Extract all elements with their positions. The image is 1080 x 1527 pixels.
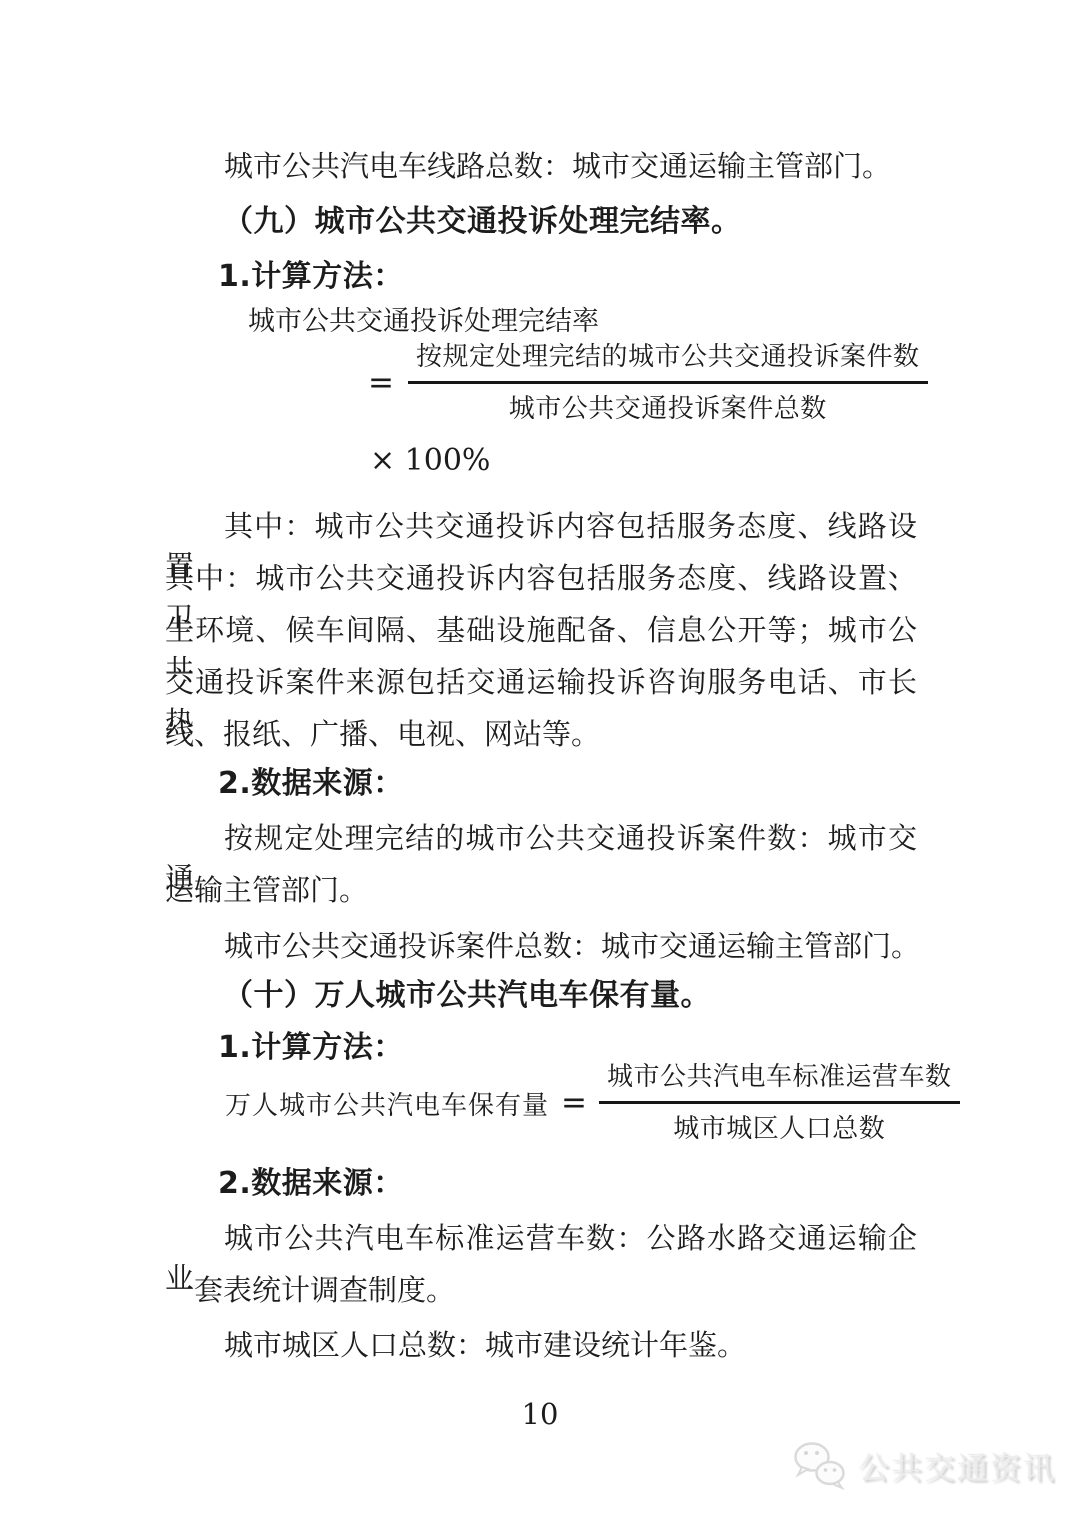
- fraction-2: 城市公共汽电车标准运营车数 城市城区人口总数: [599, 1060, 960, 1146]
- fraction-1: 按规定处理完结的城市公共交通投诉案件数 城市公共交通投诉案件总数: [408, 340, 928, 426]
- fraction-2-numerator: 城市公共汽电车标准运营车数: [599, 1060, 960, 1101]
- source-line: 城市公共交通投诉案件总数：城市交通运输主管部门。: [165, 926, 917, 966]
- section-10-heading: （十）万人城市公共汽电车保有量。: [165, 976, 945, 1016]
- formula-2-lhs: 万人城市公共汽电车保有量: [225, 1085, 549, 1122]
- fraction-1-numerator: 按规定处理完结的城市公共交通投诉案件数: [408, 340, 928, 381]
- section-9-heading: （九）城市公共交通投诉处理完结率。: [165, 202, 945, 242]
- formula-1-lhs: 城市公共交通投诉处理完结率: [248, 304, 599, 340]
- equals-sign: =: [561, 1088, 587, 1119]
- page-number: 10: [0, 1396, 1080, 1432]
- data-source-label-2: 2.数据来源：: [218, 1164, 404, 1204]
- formula-1-multiplier: × 100%: [370, 442, 490, 480]
- source-line: 城市城区人口总数：城市建设统计年鉴。: [165, 1325, 917, 1365]
- data-source-label-1: 2.数据来源：: [218, 764, 404, 804]
- note-line: 线、报纸、广播、电视、网站等。: [165, 714, 917, 754]
- document-page: 城市公共汽电车线路总数：城市交通运输主管部门。 （九）城市公共交通投诉处理完结率…: [0, 0, 1080, 1527]
- calc-method-label-1: 1.计算方法：: [218, 257, 404, 297]
- formula-2: 万人城市公共汽电车保有量 = 城市公共汽电车标准运营车数 城市城区人口总数: [225, 1060, 960, 1146]
- watermark: 公共交通资讯: [792, 1440, 1056, 1490]
- source-line: 一套表统计调查制度。: [165, 1270, 917, 1310]
- source-line: 运输主管部门。: [165, 870, 917, 910]
- watermark-label: 公共交通资讯: [858, 1443, 1056, 1488]
- fraction-2-denominator: 城市城区人口总数: [599, 1101, 960, 1146]
- wechat-icon: [792, 1440, 848, 1490]
- intro-line: 城市公共汽电车线路总数：城市交通运输主管部门。: [165, 146, 917, 186]
- equals-sign: =: [368, 368, 394, 399]
- fraction-1-denominator: 城市公共交通投诉案件总数: [408, 381, 928, 426]
- formula-1: = 按规定处理完结的城市公共交通投诉案件数 城市公共交通投诉案件总数: [368, 340, 928, 426]
